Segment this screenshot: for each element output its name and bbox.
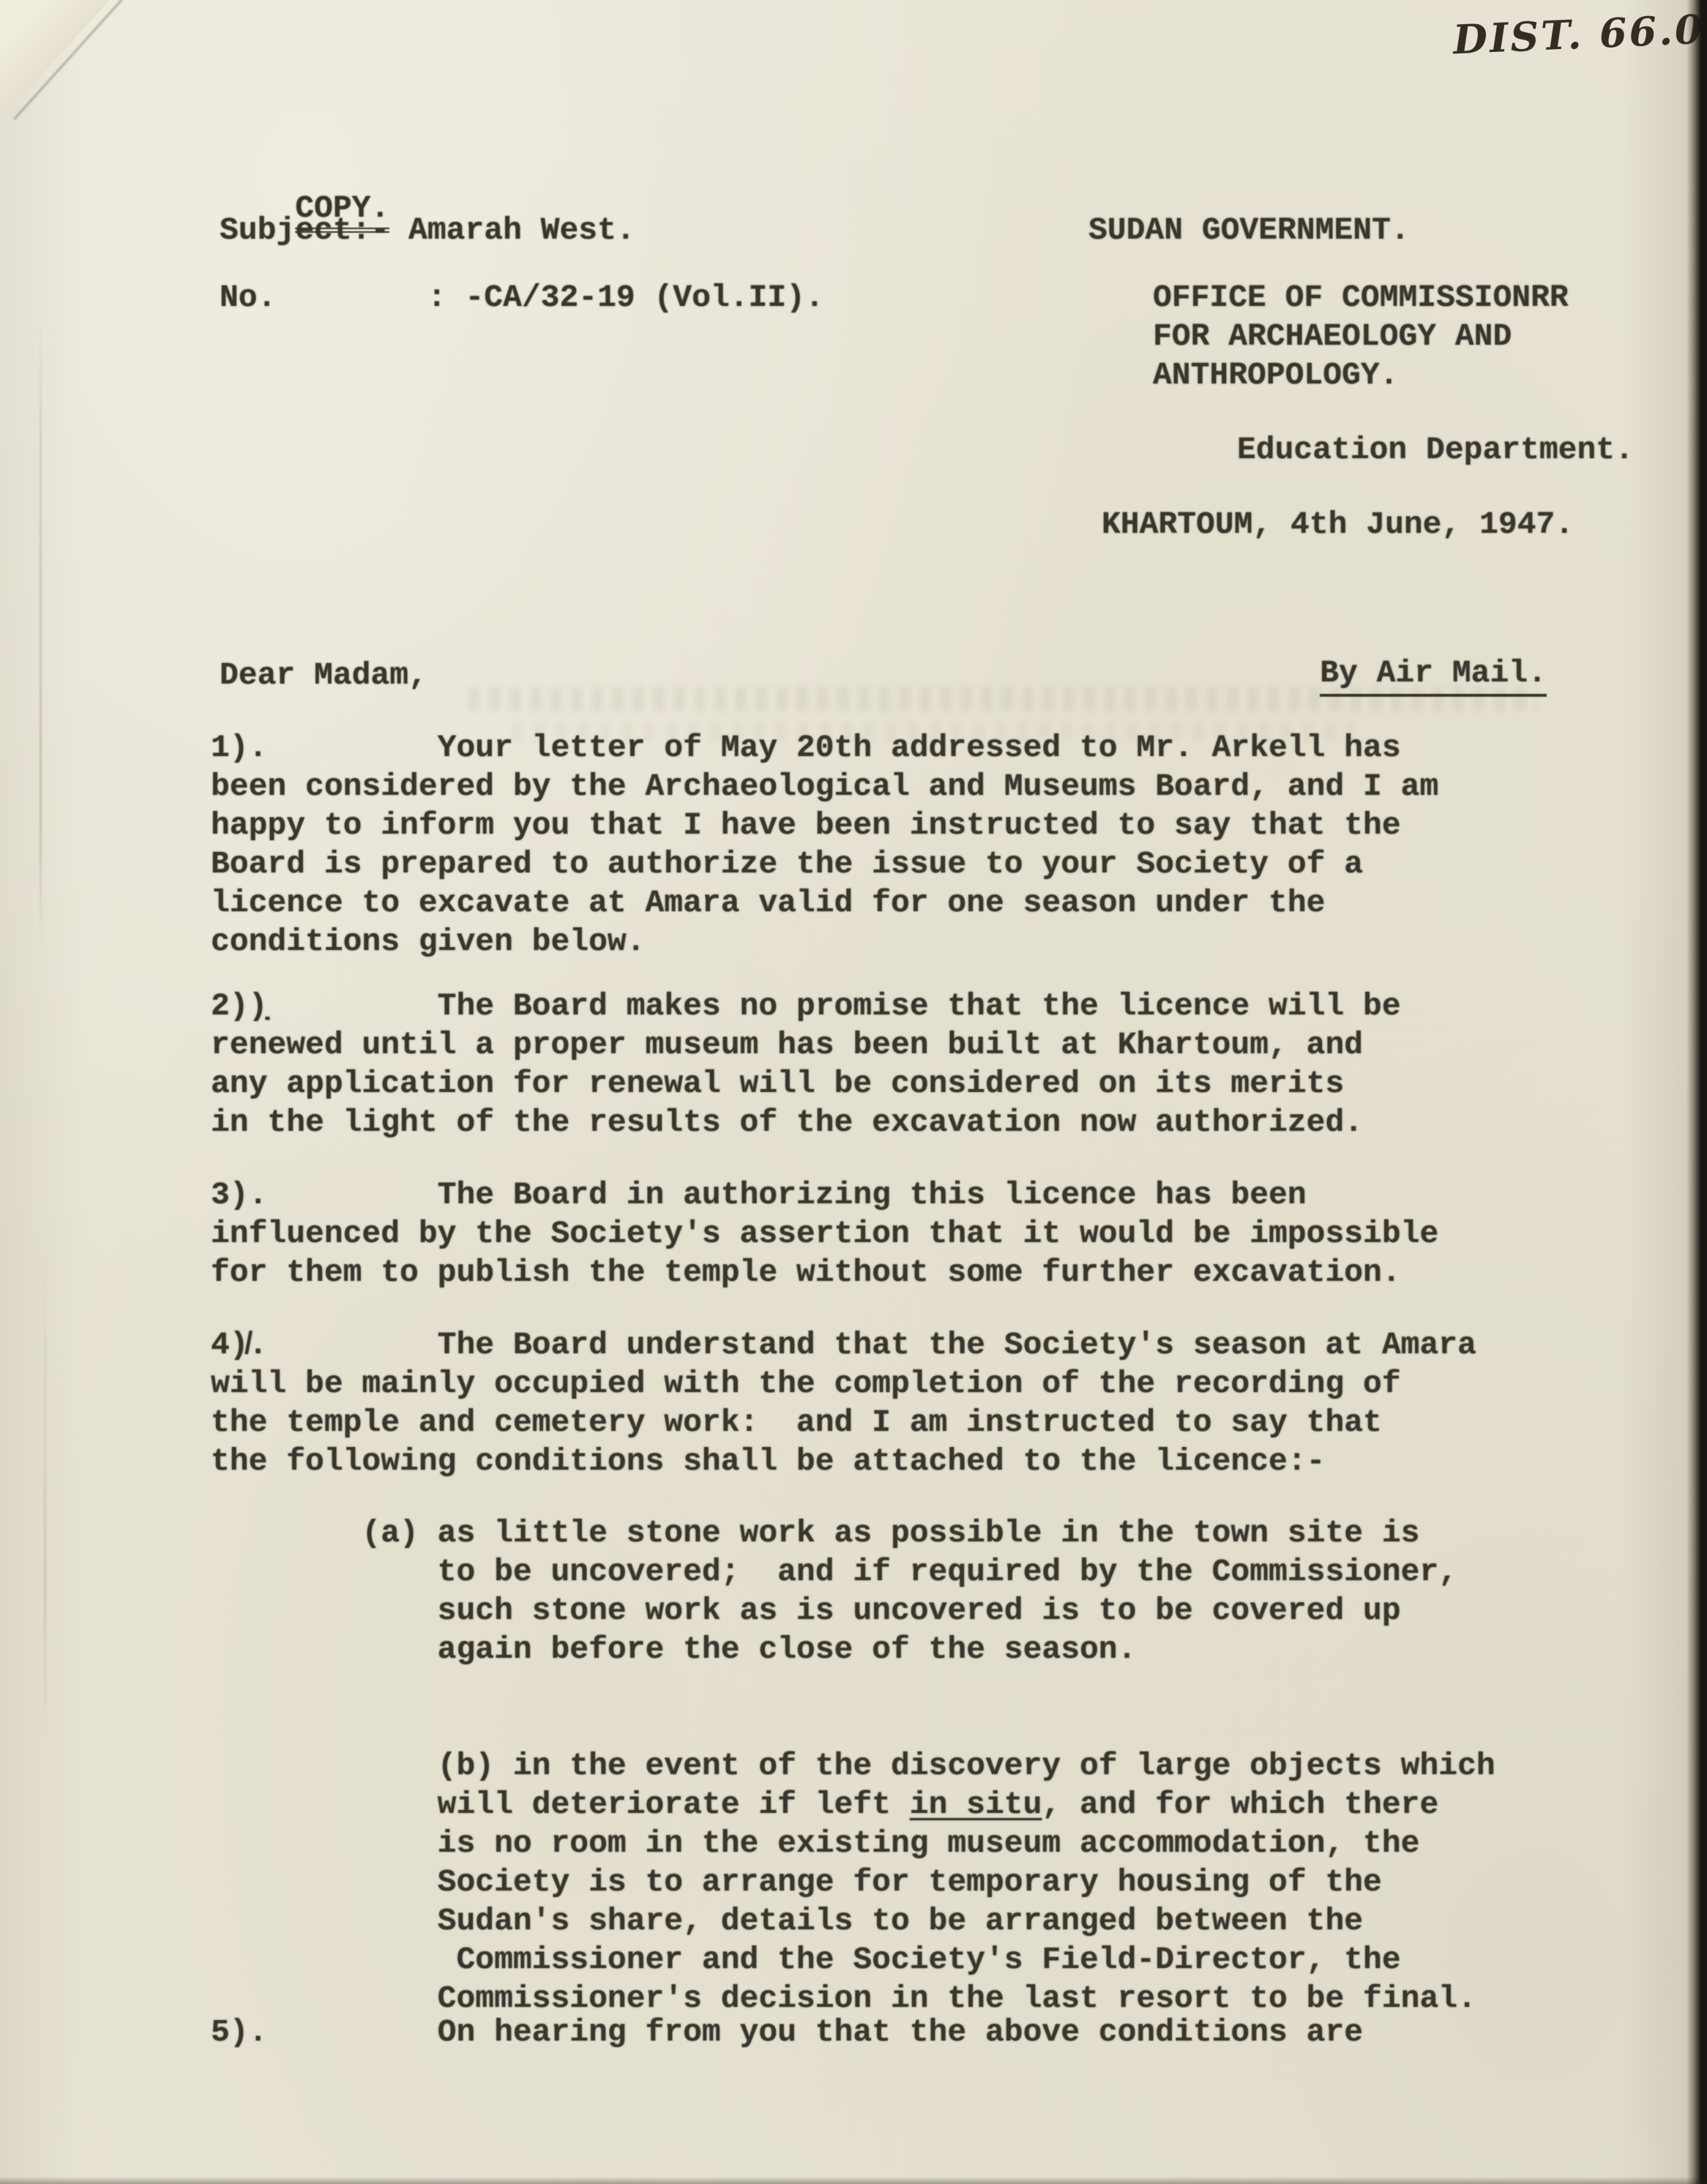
paragraph-2: 2))̣ The Board makes no promise that the… xyxy=(211,987,1401,1142)
air-mail-note: By Air Mail. xyxy=(1244,615,1547,731)
condition-b: (b) in the event of the discovery of lar… xyxy=(211,1708,1495,2057)
air-mail-text: By Air Mail. xyxy=(1320,655,1547,697)
salutation: Dear Madam, xyxy=(220,656,427,695)
scan-edge-bottom-shadow xyxy=(0,2177,1707,2184)
place-date-line: KHARTOUM, 4th June, 1947. xyxy=(1102,505,1574,544)
reference-number-line: No. : -CA/32-19 (Vol.II). xyxy=(220,278,824,317)
paragraph-1: 1). Your letter of May 20th addressed to… xyxy=(211,728,1438,961)
paragraph-4: 4)̸. The Board understand that the Socie… xyxy=(211,1325,1476,1481)
department-line: Education Department. xyxy=(1237,430,1634,469)
paragraph-3: 3). The Board in authorizing this licenc… xyxy=(211,1175,1438,1292)
paper-fibre-mark xyxy=(40,315,42,944)
scanned-letter-page: DIST. 66.04 COPY. Subject:- Amarah West.… xyxy=(0,0,1707,2184)
office-address-block: OFFICE OF COMMISSIONRR FOR ARCHAEOLOGY A… xyxy=(1153,278,1569,394)
scan-edge-shadow xyxy=(1687,0,1707,2184)
paragraph-5: 5). On hearing from you that the above c… xyxy=(211,2013,1363,2052)
in-situ-emphasis: in situ xyxy=(910,1787,1042,1822)
page-corner-fold xyxy=(0,0,110,121)
handwritten-dist-number: DIST. 66.04 xyxy=(1452,4,1707,64)
paper-fibre-mark-lower xyxy=(44,1230,46,1742)
government-heading: SUDAN GOVERNMENT. xyxy=(1088,211,1410,250)
condition-a: (a) as little stone work as possible in … xyxy=(211,1514,1457,1669)
subject-line: Subject:- Amarah West. xyxy=(220,211,635,250)
